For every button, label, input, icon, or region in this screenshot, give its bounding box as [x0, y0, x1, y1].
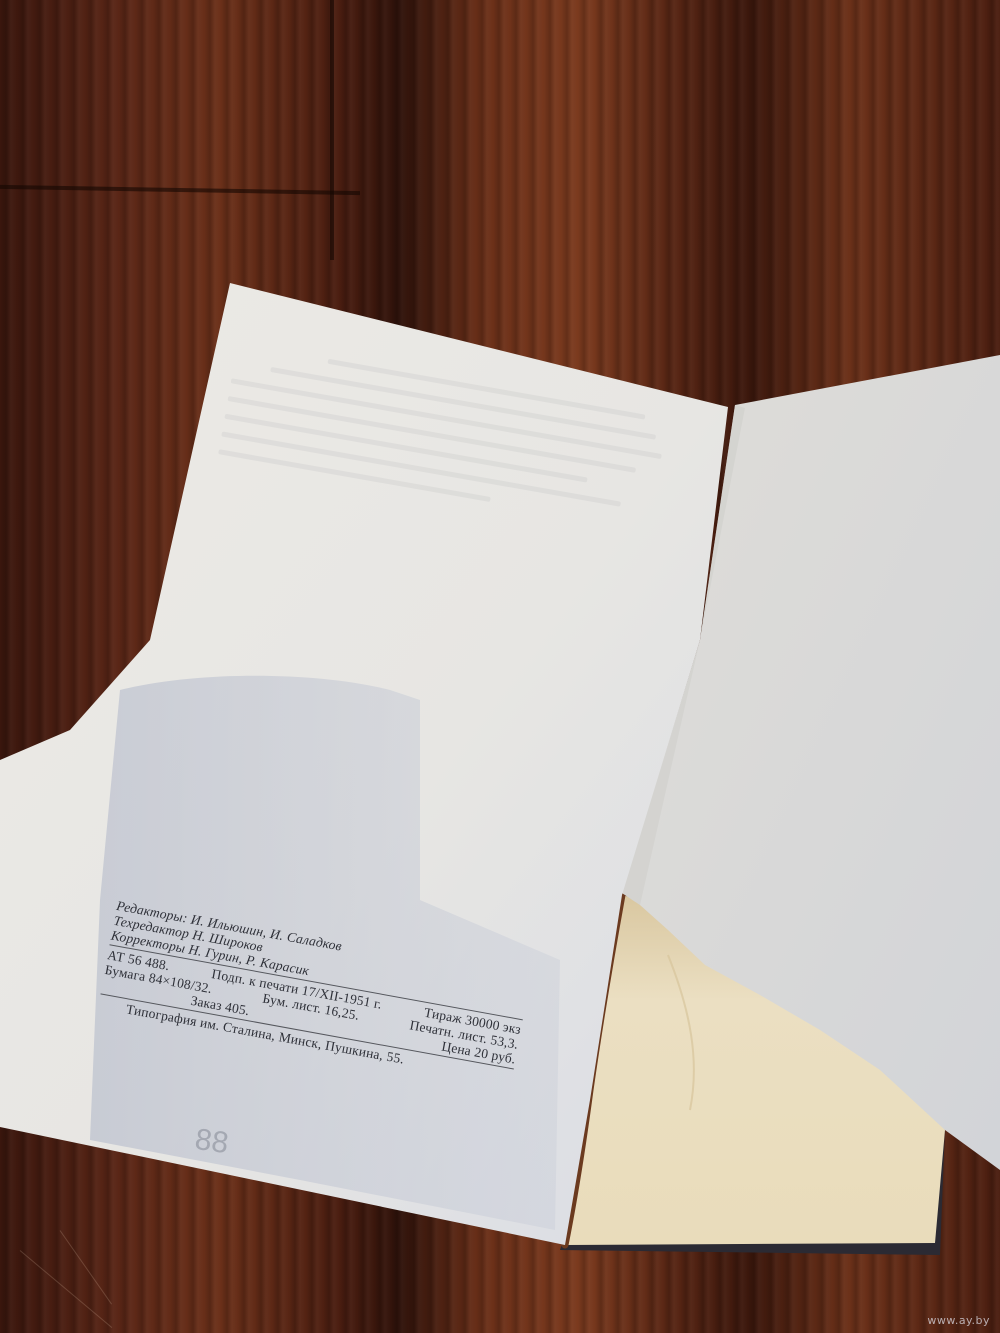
handwritten-number: 88 [193, 1123, 231, 1161]
watermark: www.ay.by [927, 1314, 990, 1327]
open-book [0, 0, 1000, 1333]
